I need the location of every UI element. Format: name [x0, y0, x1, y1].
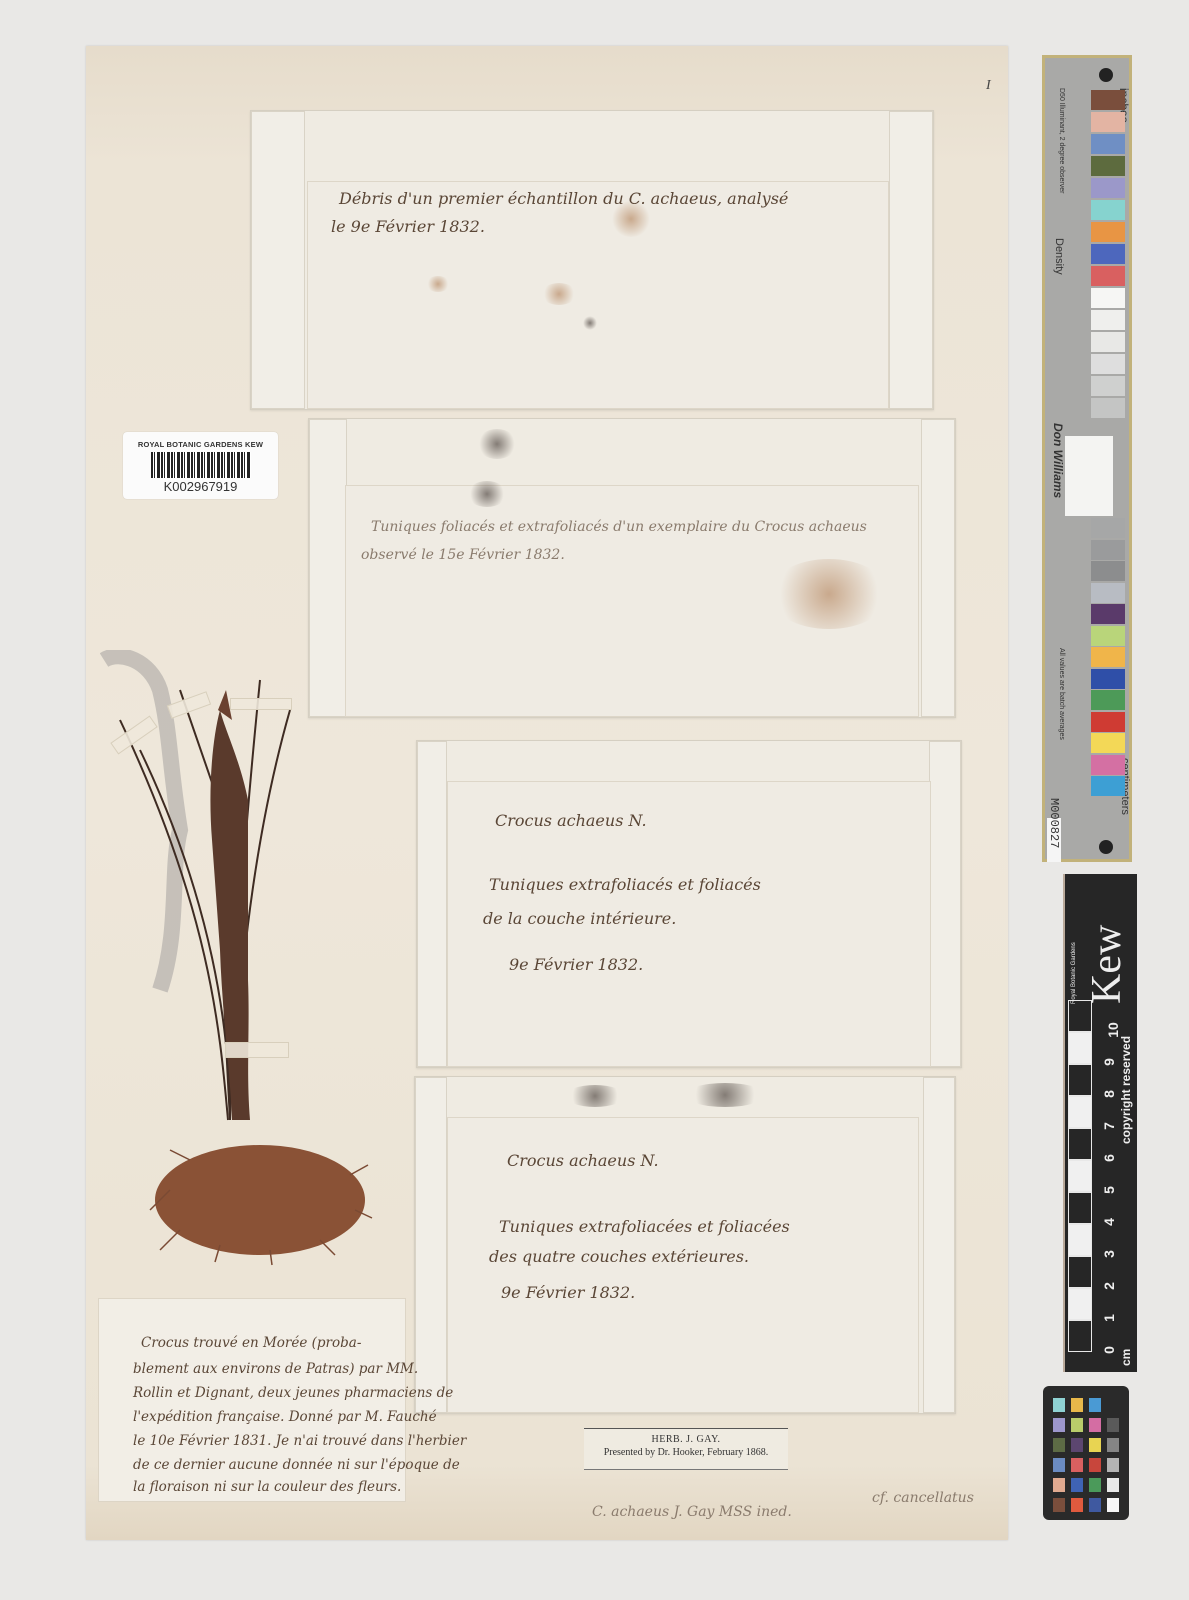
determination-annotation: C. achaeus J. Gay MSS ined.: [592, 1504, 792, 1520]
scale-cell: [1068, 1000, 1092, 1032]
colour-checker: [1043, 1386, 1129, 1520]
checker-patch: [1053, 1458, 1065, 1472]
envelope-1: Débris d'un premier échantillon du C. ac…: [250, 110, 934, 410]
checker-patch: [1107, 1438, 1119, 1452]
scale-digit: 1: [1101, 1314, 1117, 1322]
checker-patch: [1071, 1418, 1083, 1432]
checker-patch: [1071, 1438, 1083, 1452]
envelope-1-line-1: Débris d'un premier échantillon du C. ac…: [339, 189, 788, 208]
scale-cell: [1068, 1064, 1092, 1096]
envelope-3: Crocus achaeus N. Tuniques extrafoliacés…: [416, 740, 962, 1068]
scale-cell: [1068, 1256, 1092, 1288]
values-note: All values are batch averages: [1058, 648, 1065, 740]
kew-scale-bar: Kew Royal Botanic Gardens copyright rese…: [1063, 874, 1137, 1372]
colour-swatch: [1091, 112, 1125, 132]
field-note-line-5: le 10e Février 1831. Je n'ai trouvé dans…: [133, 1433, 466, 1449]
colour-swatch: [1091, 156, 1125, 176]
scale-cell: [1068, 1128, 1092, 1160]
checker-patch: [1053, 1438, 1065, 1452]
colour-swatch: [1091, 134, 1125, 154]
herbarium-label: HERB. J. GAY. Presented by Dr. Hooker, F…: [584, 1428, 788, 1470]
checker-patch: [1107, 1398, 1119, 1412]
colour-swatch: [1091, 733, 1125, 753]
colour-swatch: [1091, 626, 1125, 646]
crocus-specimen: [100, 650, 400, 1270]
envelope-1-line-2: le 9e Février 1832.: [331, 217, 485, 236]
scale-brand: Don Williams: [1051, 423, 1065, 498]
scale-hole-icon: [1099, 840, 1113, 854]
field-note-line-1: Crocus trouvé en Morée (proba-: [141, 1335, 361, 1351]
herbarium-provenance: Presented by Dr. Hooker, February 1868.: [584, 1447, 788, 1458]
field-note-line-7: la floraison ni sur la couleur des fleur…: [133, 1479, 401, 1495]
colour-swatch: [1091, 376, 1125, 396]
kew-brand: Kew: [1083, 925, 1131, 1004]
colour-swatch: [1091, 90, 1125, 110]
scale-digit: 3: [1101, 1250, 1117, 1258]
kew-subtitle: Royal Botanic Gardens: [1071, 942, 1077, 1004]
colour-swatch: [1091, 310, 1125, 330]
scale-id: M000827: [1047, 798, 1061, 848]
checker-patch: [1053, 1498, 1065, 1512]
herbarium-name: HERB. J. GAY.: [584, 1434, 788, 1445]
scale-digit: 9: [1101, 1058, 1117, 1066]
colour-swatch: [1091, 222, 1125, 242]
field-note-line-4: l'expédition française. Donné par M. Fau…: [133, 1409, 437, 1425]
colour-swatch: [1091, 266, 1125, 286]
institution-name: ROYAL BOTANIC GARDENS KEW: [123, 440, 278, 449]
envelope-3-line-2: de la couche intérieure.: [483, 909, 676, 928]
envelope-4-line-2: des quatre couches extérieures.: [489, 1247, 749, 1266]
checker-patch: [1053, 1418, 1065, 1432]
field-note: Crocus trouvé en Morée (proba- blement a…: [98, 1298, 406, 1502]
colour-swatch: [1091, 540, 1125, 560]
scale-cell: [1068, 1032, 1092, 1064]
colour-swatch: [1091, 669, 1125, 689]
envelope-4-line-1: Tuniques extrafoliacées et foliacées: [499, 1217, 790, 1236]
grey-target: [1065, 436, 1113, 516]
colour-swatch: [1091, 398, 1125, 418]
scale-digit: 4: [1101, 1218, 1117, 1226]
scale-cell: [1068, 1096, 1092, 1128]
checker-patch: [1071, 1498, 1083, 1512]
copyright-note: copyright reserved: [1119, 1036, 1133, 1144]
envelope-4: Crocus achaeus N. Tuniques extrafoliacée…: [414, 1076, 956, 1414]
checker-patch: [1107, 1478, 1119, 1492]
unit-label: cm: [1119, 1349, 1133, 1366]
checker-patch: [1071, 1458, 1083, 1472]
scale-digit: 8: [1101, 1090, 1117, 1098]
checker-patch: [1107, 1458, 1119, 1472]
checker-patch: [1107, 1498, 1119, 1512]
checker-patch: [1089, 1418, 1101, 1432]
envelope-2: Tuniques foliacés et extrafoliacés d'un …: [308, 418, 956, 718]
scale-cell: [1068, 1224, 1092, 1256]
colour-swatch: [1091, 561, 1125, 581]
envelope-2-line-2: observé le 15e Février 1832.: [361, 547, 565, 563]
field-note-line-6: de ce dernier aucune donnée ni sur l'épo…: [133, 1457, 460, 1473]
scale-digit: 0: [1101, 1346, 1117, 1354]
colour-swatch: [1091, 647, 1125, 667]
colour-swatch: [1091, 178, 1125, 198]
colour-swatch: [1091, 200, 1125, 220]
colour-swatch: [1091, 583, 1125, 603]
colour-swatch: [1091, 604, 1125, 624]
checker-patch: [1053, 1478, 1065, 1492]
checker-patch: [1071, 1478, 1083, 1492]
envelope-4-date: 9e Février 1832.: [501, 1283, 635, 1302]
tape-strip: [225, 1042, 289, 1058]
colour-swatch: [1091, 332, 1125, 352]
colour-swatch: [1091, 518, 1125, 538]
checker-patch: [1089, 1438, 1101, 1452]
checker-patch: [1089, 1498, 1101, 1512]
colour-swatch: [1091, 354, 1125, 374]
envelope-4-title: Crocus achaeus N.: [507, 1151, 659, 1170]
envelope-3-title: Crocus achaeus N.: [495, 811, 647, 830]
scale-cell: [1068, 1160, 1092, 1192]
barcode-number: K002967919: [123, 479, 278, 494]
scale-digit: 7: [1101, 1122, 1117, 1130]
checker-patch: [1089, 1478, 1101, 1492]
envelope-2-line-1: Tuniques foliacés et extrafoliacés d'un …: [371, 519, 867, 535]
scale-digit: 5: [1101, 1186, 1117, 1194]
illuminant-note: D50 Illuminant, 2 degree observer: [1058, 88, 1065, 193]
checker-patch: [1071, 1398, 1083, 1412]
density-label: Density: [1053, 238, 1065, 275]
field-note-line-2: blement aux environs de Patras) par MM.: [133, 1361, 418, 1377]
checker-patch: [1089, 1458, 1101, 1472]
colour-swatch: [1091, 244, 1125, 264]
colour-scale: inches D50 Illuminant, 2 degree observer…: [1042, 55, 1132, 862]
envelope-3-line-1: Tuniques extrafoliacés et foliacés: [489, 875, 761, 894]
scale-digit: 2: [1101, 1282, 1117, 1290]
tape-strip: [230, 698, 292, 710]
sheet-mark: I: [986, 78, 991, 94]
colour-swatch: [1091, 755, 1125, 775]
checker-patch: [1053, 1398, 1065, 1412]
scale-hole-icon: [1099, 68, 1113, 82]
comparison-annotation: cf. cancellatus: [872, 1490, 974, 1506]
scale-digit: 10: [1105, 1022, 1121, 1038]
envelope-3-date: 9e Février 1832.: [509, 955, 643, 974]
checker-patch: [1107, 1418, 1119, 1432]
colour-swatch: [1091, 288, 1125, 308]
colour-swatch: [1091, 690, 1125, 710]
scale-cell: [1068, 1288, 1092, 1320]
scale-digit: 6: [1101, 1154, 1117, 1162]
scale-cell: [1068, 1192, 1092, 1224]
checker-patch: [1089, 1398, 1101, 1412]
colour-swatch: [1091, 712, 1125, 732]
colour-swatch: [1091, 776, 1125, 796]
barcode-label: ROYAL BOTANIC GARDENS KEW K002967919: [123, 432, 278, 499]
field-note-line-3: Rollin et Dignant, deux jeunes pharmacie…: [133, 1385, 453, 1401]
scale-cell: [1068, 1320, 1092, 1352]
barcode-bars: [151, 452, 251, 478]
